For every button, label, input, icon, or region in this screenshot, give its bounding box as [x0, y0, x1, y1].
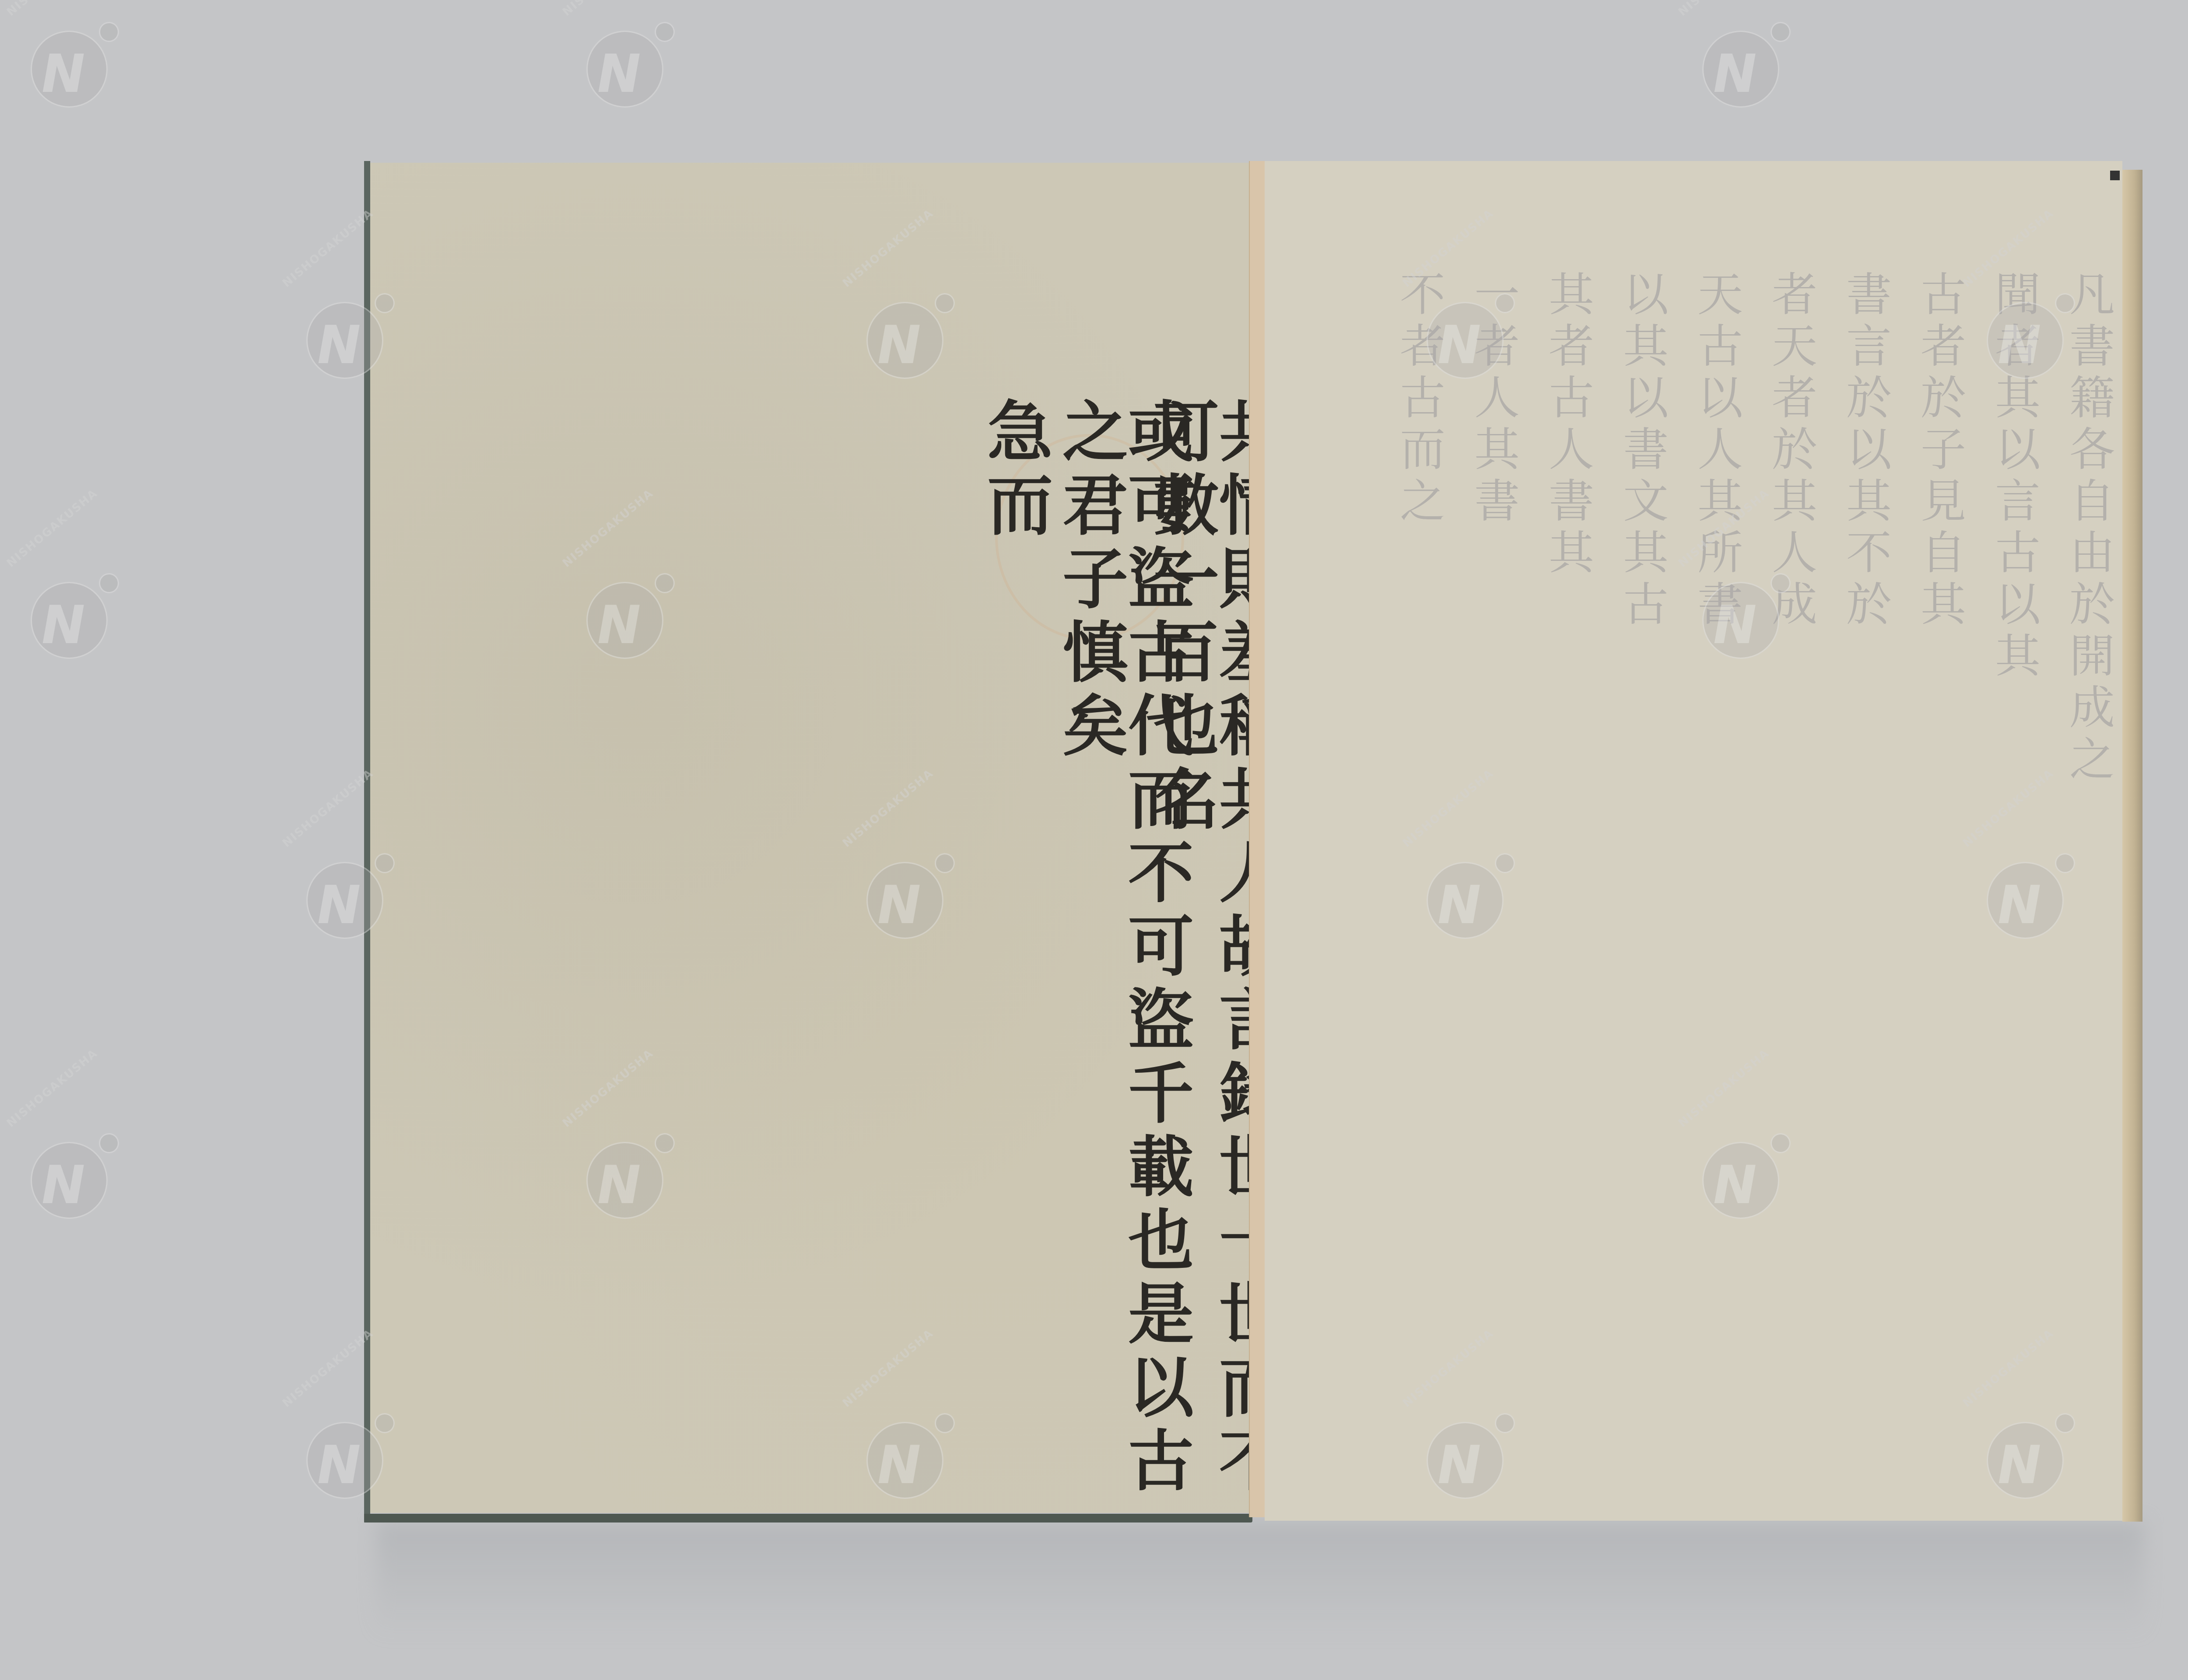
watermark-logo-icon: NNISHOGAKUSHA [569, 13, 674, 118]
left-page: 共情則羞稱共人故言錄世一世而不可數一百也名 或可盜古代而不可盜千載也是以古之君子… [369, 163, 1249, 1513]
watermark-logo-icon: NNISHOGAKUSHA [1685, 564, 1790, 669]
calligraphy-column-3: 急而 [981, 397, 1047, 544]
watermark-logo-icon: NNISHOGAKUSHA [13, 564, 118, 669]
open-book: 共情則羞稱共人故言錄世一世而不可數一百也名 或可盜古代而不可盜千載也是以古之君子… [364, 161, 2149, 1522]
cover-edge-bottom [364, 1514, 1252, 1522]
watermark-logo-icon: NNISHOGAKUSHA [1409, 284, 1514, 389]
watermark-logo-icon: NNISHOGAKUSHA [849, 284, 954, 389]
watermark-logo-icon: NNISHOGAKUSHA [1409, 844, 1514, 949]
watermark-logo-icon: NNISHOGAKUSHA [849, 844, 954, 949]
watermark-logo-icon: NNISHOGAKUSHA [849, 1404, 954, 1509]
watermark-logo-icon: NNISHOGAKUSHA [1969, 844, 2074, 949]
watermark-logo-icon: NNISHOGAKUSHA [289, 844, 394, 949]
watermark-logo-icon: NNISHOGAKUSHA [1969, 284, 2074, 389]
watermark-logo-icon: NNISHOGAKUSHA [13, 1124, 118, 1229]
calligraphy-column-2: 或可盜古代而不可盜千載也是以古之君子慎矣 [1056, 397, 1188, 1513]
watermark-logo-icon: NNISHOGAKUSHA [289, 1404, 394, 1509]
watermark-logo-icon: NNISHOGAKUSHA [1685, 13, 1790, 118]
binding-strip [1249, 161, 1266, 1517]
book-shadow [376, 1522, 2144, 1636]
bleed-column: 以其以書文其古 [1619, 270, 1665, 632]
watermark-logo-icon: NNISHOGAKUSHA [569, 564, 674, 669]
bleed-column: 其者古人書其 [1545, 270, 1590, 580]
watermark-logo-icon: NNISHOGAKUSHA [569, 1124, 674, 1229]
watermark-logo-icon: NNISHOGAKUSHA [1969, 1404, 2074, 1509]
watermark-logo-icon: NNISHOGAKUSHA [289, 284, 394, 389]
bleed-column: 書言於以其不於 [1842, 270, 1888, 632]
watermark-logo-icon: NNISHOGAKUSHA [13, 13, 118, 118]
watermark-logo-icon: NNISHOGAKUSHA [1685, 1124, 1790, 1229]
page-block-edge [2122, 170, 2142, 1522]
watermark-logo-icon: NNISHOGAKUSHA [1409, 1404, 1514, 1509]
bleed-column: 古者於子見自其 [1917, 270, 1962, 632]
corner-damage-mark [2110, 171, 2120, 180]
